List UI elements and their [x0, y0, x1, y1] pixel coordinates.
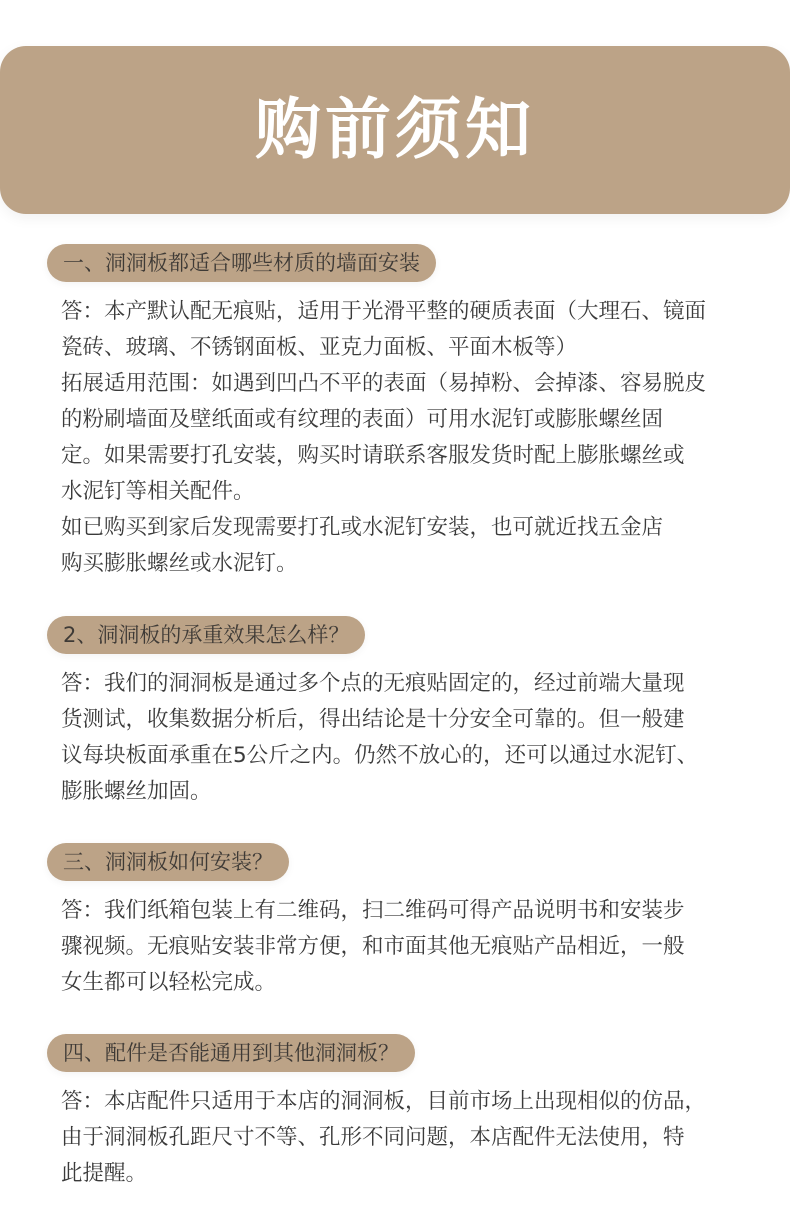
- answer-line: 拓展适用范围：如遇到凹凸不平的表面（易掉粉、会掉漆、容易脱皮: [61, 366, 761, 402]
- answer-line: 瓷砖、玻璃、不锈钢面板、亚克力面板、平面木板等）: [61, 330, 761, 366]
- page-title: 购前须知: [255, 97, 535, 163]
- faq-heading-pill: 四、配件是否能通用到其他洞洞板？: [47, 1034, 415, 1072]
- faq-heading: 2、洞洞板的承重效果怎么样？: [63, 616, 349, 654]
- faq-heading: 四、配件是否能通用到其他洞洞板？: [63, 1034, 399, 1072]
- answer-line: 膨胀螺丝加固。: [61, 774, 761, 810]
- faq-answer: 答：我们纸箱包装上有二维码，扫二维码可得产品说明书和安装步 骤视频。无痕贴安装非…: [61, 893, 761, 1001]
- faq-heading-pill: 一、洞洞板都适合哪些材质的墙面安装: [47, 244, 436, 282]
- answer-line: 答：本产默认配无痕贴，适用于光滑平整的硬质表面（大理石、镜面: [61, 294, 761, 330]
- answer-line: 如已购买到家后发现需要打孔或水泥钉安装，也可就近找五金店: [61, 510, 761, 546]
- answer-line: 由于洞洞板孔距尺寸不等、孔形不同问题，本店配件无法使用，特: [61, 1120, 761, 1156]
- faq-heading-pill: 三、洞洞板如何安装？: [47, 843, 289, 881]
- answer-line: 答：我们纸箱包装上有二维码，扫二维码可得产品说明书和安装步: [61, 893, 761, 929]
- answer-line: 定。如果需要打孔安装，购买时请联系客服发货时配上膨胀螺丝或: [61, 438, 761, 474]
- answer-line: 货测试，收集数据分析后，得出结论是十分安全可靠的。但一般建: [61, 702, 761, 738]
- answer-line: 的粉刷墙面及壁纸面或有纹理的表面）可用水泥钉或膨胀螺丝固: [61, 402, 761, 438]
- answer-line: 答：本店配件只适用于本店的洞洞板，目前市场上出现相似的仿品，: [61, 1084, 761, 1120]
- answer-line: 女生都可以轻松完成。: [61, 965, 761, 1001]
- answer-line: 答：我们的洞洞板是通过多个点的无痕贴固定的，经过前端大量现: [61, 666, 761, 702]
- answer-line: 议每块板面承重在5公斤之内。仍然不放心的，还可以通过水泥钉、: [61, 738, 761, 774]
- title-banner: 购前须知: [0, 46, 790, 214]
- faq-answer: 答：我们的洞洞板是通过多个点的无痕贴固定的，经过前端大量现 货测试，收集数据分析…: [61, 666, 761, 810]
- faq-heading: 三、洞洞板如何安装？: [63, 843, 273, 881]
- faq-answer: 答：本产默认配无痕贴，适用于光滑平整的硬质表面（大理石、镜面 瓷砖、玻璃、不锈钢…: [61, 294, 761, 582]
- faq-heading: 一、洞洞板都适合哪些材质的墙面安装: [63, 244, 420, 282]
- faq-answer: 答：本店配件只适用于本店的洞洞板，目前市场上出现相似的仿品， 由于洞洞板孔距尺寸…: [61, 1084, 761, 1192]
- answer-line: 此提醒。: [61, 1156, 761, 1192]
- answer-line: 购买膨胀螺丝或水泥钉。: [61, 546, 761, 582]
- faq-heading-pill: 2、洞洞板的承重效果怎么样？: [47, 616, 365, 654]
- answer-line: 水泥钉等相关配件。: [61, 474, 761, 510]
- answer-line: 骤视频。无痕贴安装非常方便，和市面其他无痕贴产品相近，一般: [61, 929, 761, 965]
